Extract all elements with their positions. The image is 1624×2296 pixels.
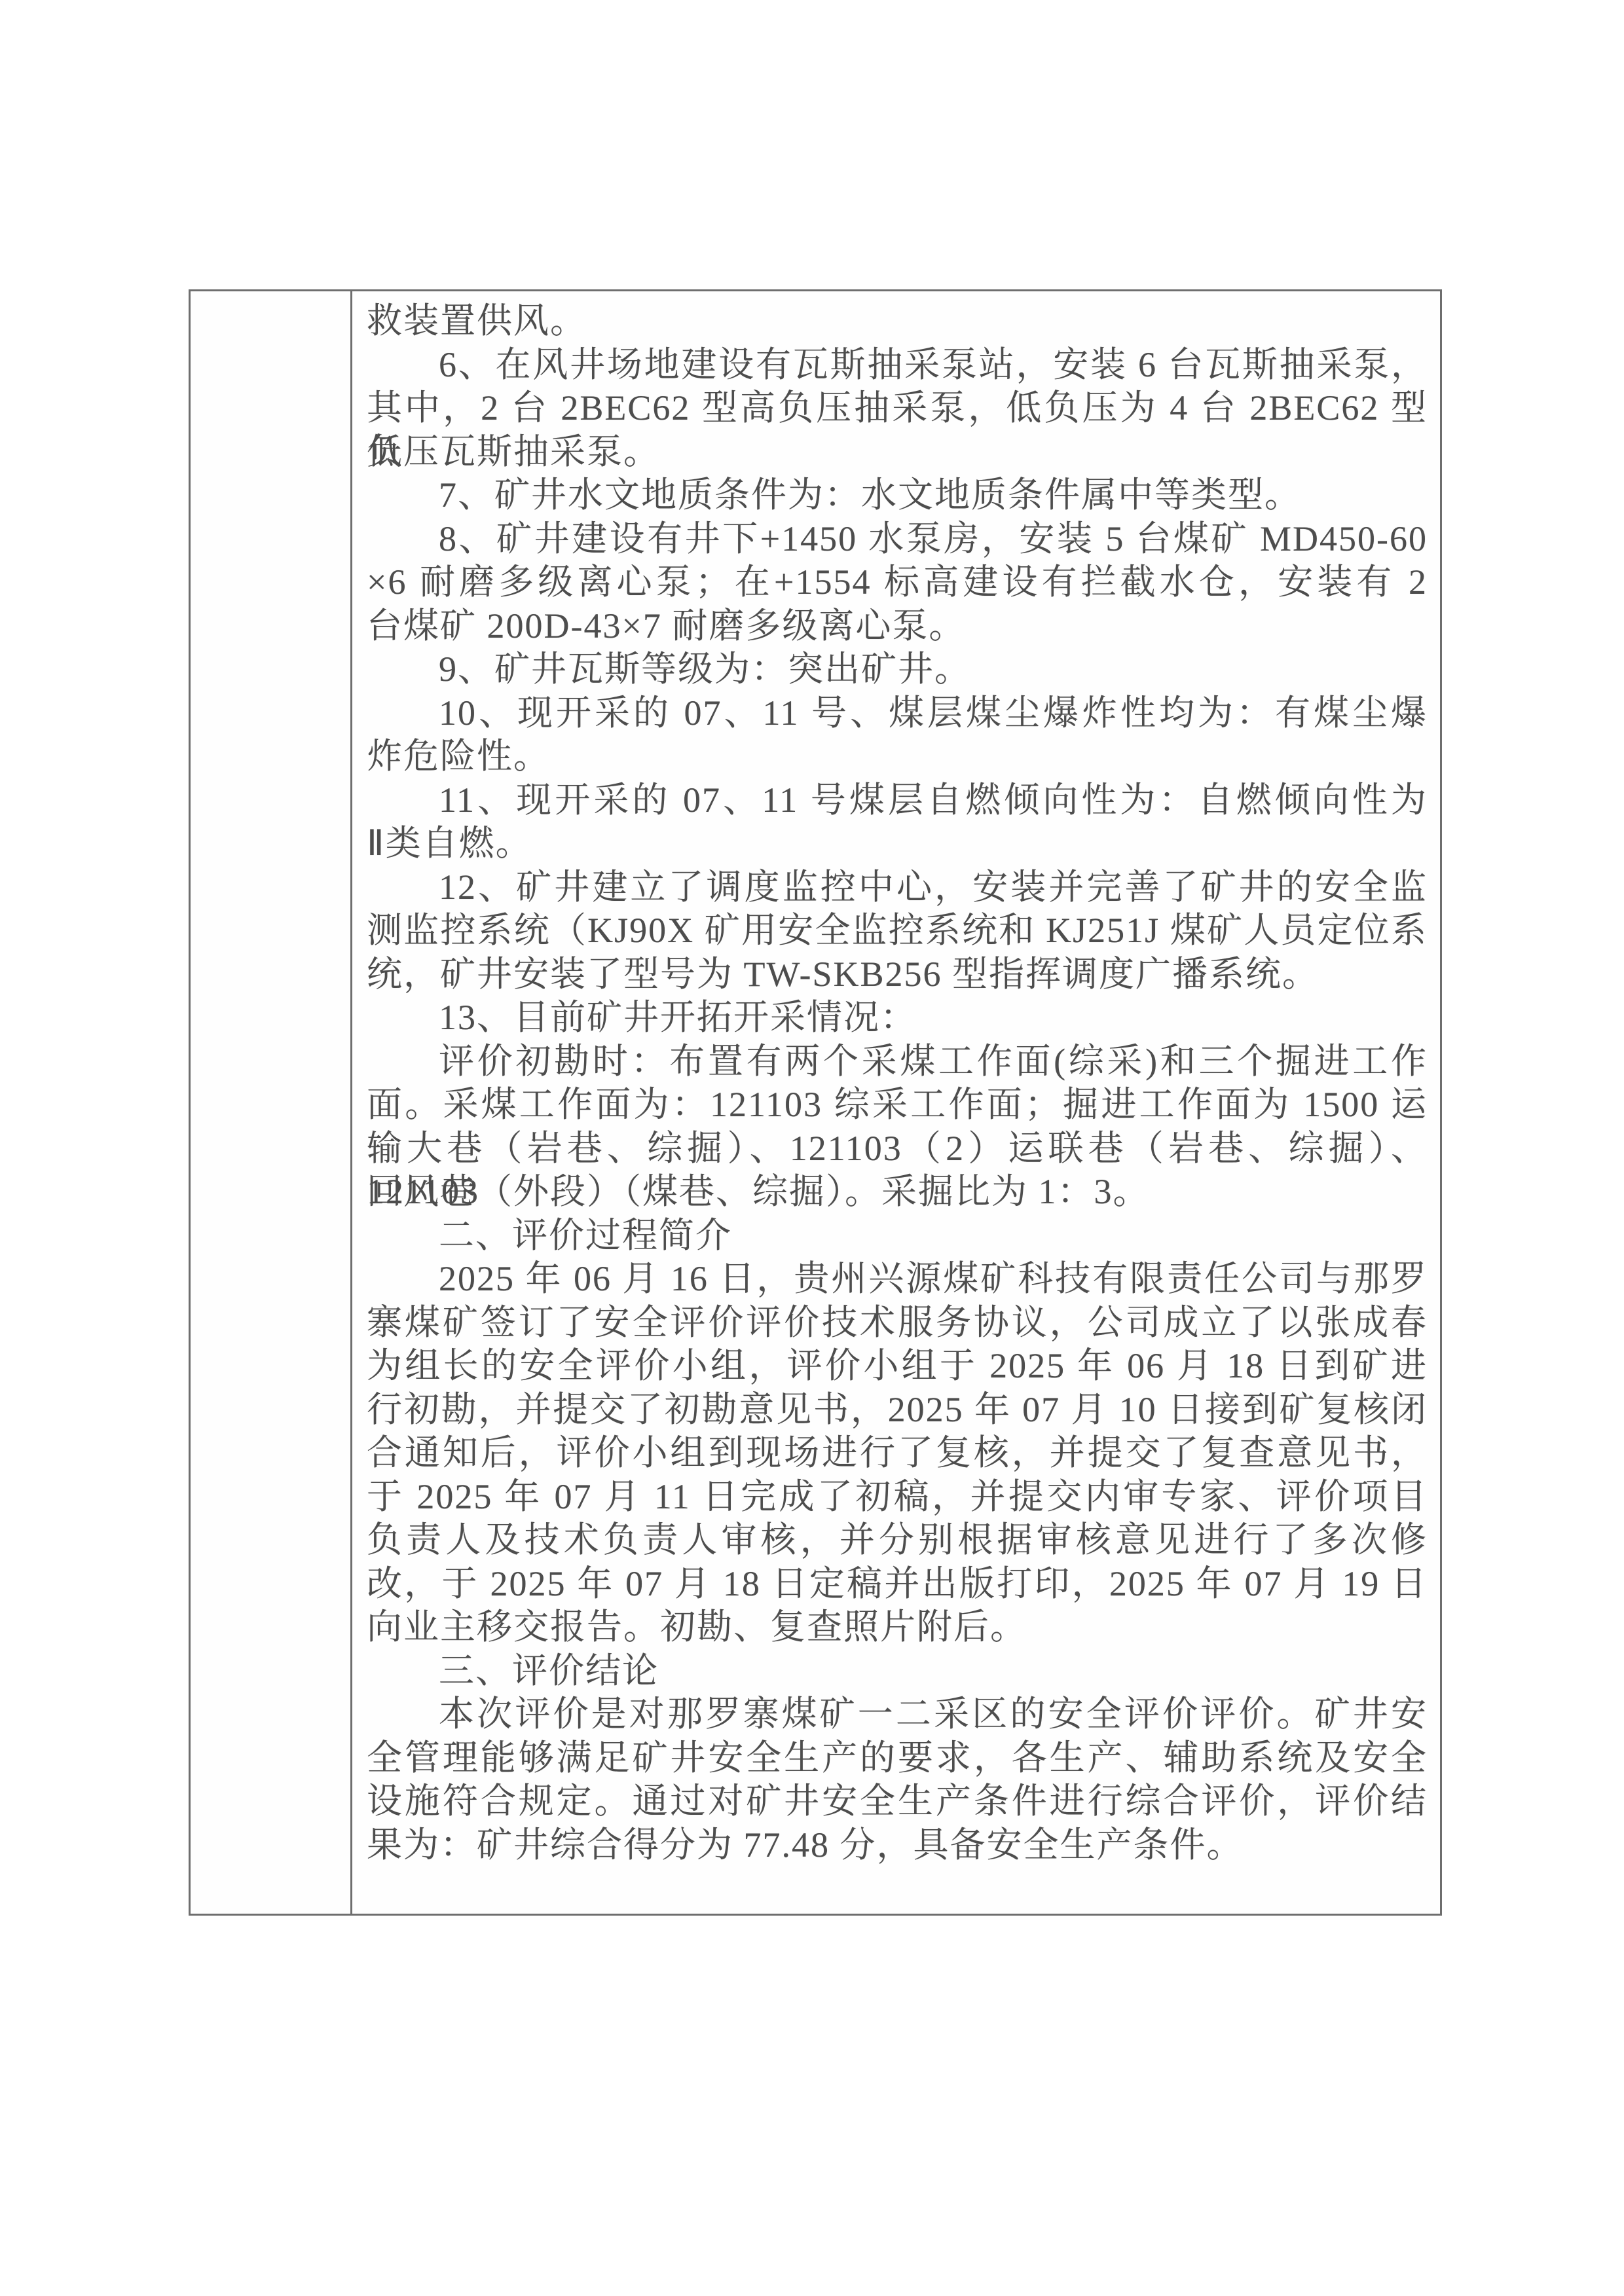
text-line: 改，于 2025 年 07 月 18 日定稿并出版打印，2025 年 07 月 … xyxy=(367,1562,1428,1606)
text-line: 行初勘，并提交了初勘意见书，2025 年 07 月 10 日接到矿复核闭 xyxy=(367,1388,1428,1432)
text-line: 设施符合规定。通过对矿井安全生产条件进行综合评价，评价结 xyxy=(367,1779,1428,1823)
text-line: 向业主移交报告。初勘、复查照片附后。 xyxy=(367,1605,1428,1649)
text-line: 13、目前矿井开拓开采情况： xyxy=(367,996,1428,1040)
document-lines: 救装置供风。6、在风井场地建设有瓦斯抽采泵站，安装 6 台瓦斯抽采泵，其中，2 … xyxy=(367,299,1428,1867)
document-page: 救装置供风。6、在风井场地建设有瓦斯抽采泵站，安装 6 台瓦斯抽采泵，其中，2 … xyxy=(0,0,1624,2296)
text-line: ×6 耐磨多级离心泵；在+1554 标高建设有拦截水仓，安装有 2 xyxy=(367,560,1428,604)
text-line: 7、矿井水文地质条件为：水文地质条件属中等类型。 xyxy=(367,473,1428,517)
text-line: 负责人及技术负责人审核，并分别根据审核意见进行了多次修 xyxy=(367,1518,1428,1562)
text-line: 12、矿井建立了调度监控中心，安装并完善了矿井的安全监 xyxy=(367,866,1428,909)
table-empty-cell xyxy=(191,291,352,1914)
text-line: 输大巷（岩巷、综掘）、121103（2）运联巷（岩巷、综掘）、121103 xyxy=(367,1127,1428,1171)
text-line: 三、评价结论 xyxy=(367,1649,1428,1693)
text-line: 于 2025 年 07 月 11 日完成了初稿，并提交内审专家、评价项目 xyxy=(367,1475,1428,1519)
text-line: 评价初勘时：布置有两个采煤工作面(综采)和三个掘进工作 xyxy=(367,1040,1428,1084)
text-line: 二、评价过程简介 xyxy=(367,1214,1428,1258)
table-content-cell: 救装置供风。6、在风井场地建设有瓦斯抽采泵站，安装 6 台瓦斯抽采泵，其中，2 … xyxy=(352,291,1440,1914)
text-line: 测监控系统（KJ90X 矿用安全监控系统和 KJ251J 煤矿人员定位系 xyxy=(367,909,1428,953)
text-line: 11、现开采的 07、11 号煤层自燃倾向性为：自燃倾向性为 xyxy=(367,778,1428,822)
text-line: 救装置供风。 xyxy=(367,299,1428,343)
text-line: 合通知后，评价小组到现场进行了复核，并提交了复查意见书， xyxy=(367,1431,1428,1475)
text-line: 其中，2 台 2BEC62 型高负压抽采泵，低负压为 4 台 2BEC62 型低 xyxy=(367,386,1428,430)
text-line: 果为：矿井综合得分为 77.48 分，具备安全生产条件。 xyxy=(367,1823,1428,1867)
text-line: 8、矿井建设有井下+1450 水泵房，安装 5 台煤矿 MD450-60 xyxy=(367,517,1428,561)
text-line: Ⅱ类自燃。 xyxy=(367,822,1428,866)
text-line: 统，矿井安装了型号为 TW-SKB256 型指挥调度广播系统。 xyxy=(367,953,1428,996)
text-line: 10、现开采的 07、11 号、煤层煤尘爆炸性均为：有煤尘爆 xyxy=(367,691,1428,735)
text-line: 6、在风井场地建设有瓦斯抽采泵站，安装 6 台瓦斯抽采泵， xyxy=(367,343,1428,387)
text-line: 炸危险性。 xyxy=(367,735,1428,778)
text-line: 负压瓦斯抽采泵。 xyxy=(367,430,1428,474)
text-line: 面。采煤工作面为：121103 综采工作面；掘进工作面为 1500 运 xyxy=(367,1083,1428,1127)
text-line: 回风巷（外段）（煤巷、综掘）。采掘比为 1：3。 xyxy=(367,1170,1428,1214)
text-line: 台煤矿 200D-43×7 耐磨多级离心泵。 xyxy=(367,604,1428,648)
text-line: 本次评价是对那罗寨煤矿一二采区的安全评价评价。矿井安 xyxy=(367,1692,1428,1736)
text-line: 寨煤矿签订了安全评价评价技术服务协议，公司成立了以张成春 xyxy=(367,1301,1428,1345)
text-line: 9、矿井瓦斯等级为：突出矿井。 xyxy=(367,647,1428,691)
text-line: 为组长的安全评价小组，评价小组于 2025 年 06 月 18 日到矿进 xyxy=(367,1344,1428,1388)
text-line: 2025 年 06 月 16 日，贵州兴源煤矿科技有限责任公司与那罗 xyxy=(367,1257,1428,1301)
evaluation-table: 救装置供风。6、在风井场地建设有瓦斯抽采泵站，安装 6 台瓦斯抽采泵，其中，2 … xyxy=(189,289,1442,1916)
text-line: 全管理能够满足矿井安全生产的要求，各生产、辅助系统及安全 xyxy=(367,1736,1428,1780)
